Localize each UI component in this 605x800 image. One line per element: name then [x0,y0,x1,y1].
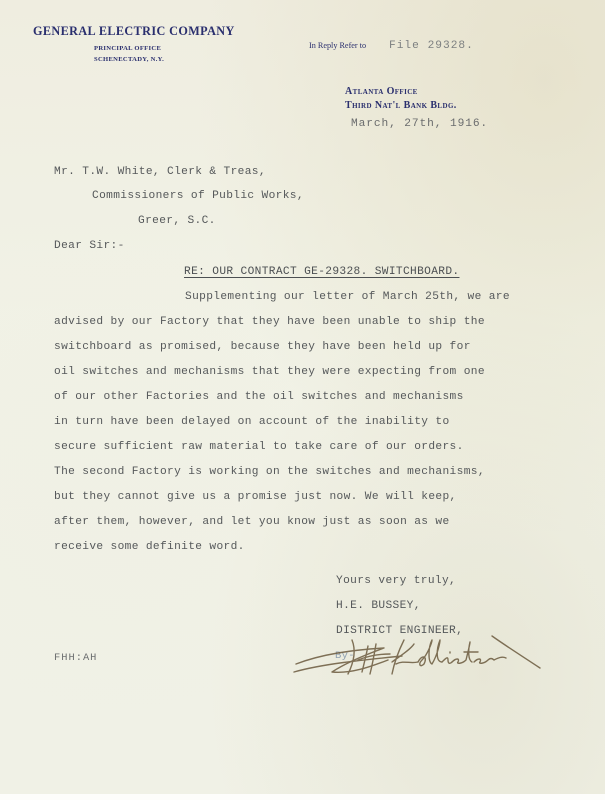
valediction: Yours very truly, [336,575,456,587]
letterhead-company: GENERAL ELECTRIC COMPANY [33,24,235,39]
office-name: Atlanta Office [345,86,418,97]
handwritten-signature [292,634,542,680]
body-line: Supplementing our letter of March 25th, … [185,291,510,303]
body-line: oil switches and mechanisms that they we… [54,366,485,378]
letterhead-city: SCHENECTADY, N.Y. [94,56,164,63]
file-reference: File 29328. [389,40,474,52]
recipient-organization: Commissioners of Public Works, [92,190,304,202]
body-line: after them, however, and let you know ju… [54,516,450,528]
body-line: in turn have been delayed on account of … [54,416,450,428]
salutation: Dear Sir:- [54,240,125,252]
recipient-name: Mr. T.W. White, Clerk & Treas, [54,166,266,178]
body-line: switchboard as promised, because they ha… [54,341,471,353]
page-bottom-edge [0,794,605,800]
letter-date: March, 27th, 1916. [351,118,488,130]
subject-line: RE: OUR CONTRACT GE-29328. SWITCHBOARD. [184,266,459,278]
body-line: but they cannot give us a promise just n… [54,491,457,503]
body-line: receive some definite word. [54,541,245,553]
reference-initials: FHH:AH [54,652,97,664]
signer-name: H.E. BUSSEY, [336,600,421,612]
body-line: secure sufficient raw material to take c… [54,441,464,453]
recipient-location: Greer, S.C. [138,215,216,227]
body-line: of our other Factories and the oil switc… [54,391,464,403]
office-building: Third Nat'l Bank Bldg. [345,100,457,111]
body-line: The second Factory is working on the swi… [54,466,485,478]
letterhead-principal-office: PRINCIPAL OFFICE [94,45,161,52]
reply-refer-label: In Reply Refer to [309,41,366,50]
body-line: advised by our Factory that they have be… [54,316,485,328]
